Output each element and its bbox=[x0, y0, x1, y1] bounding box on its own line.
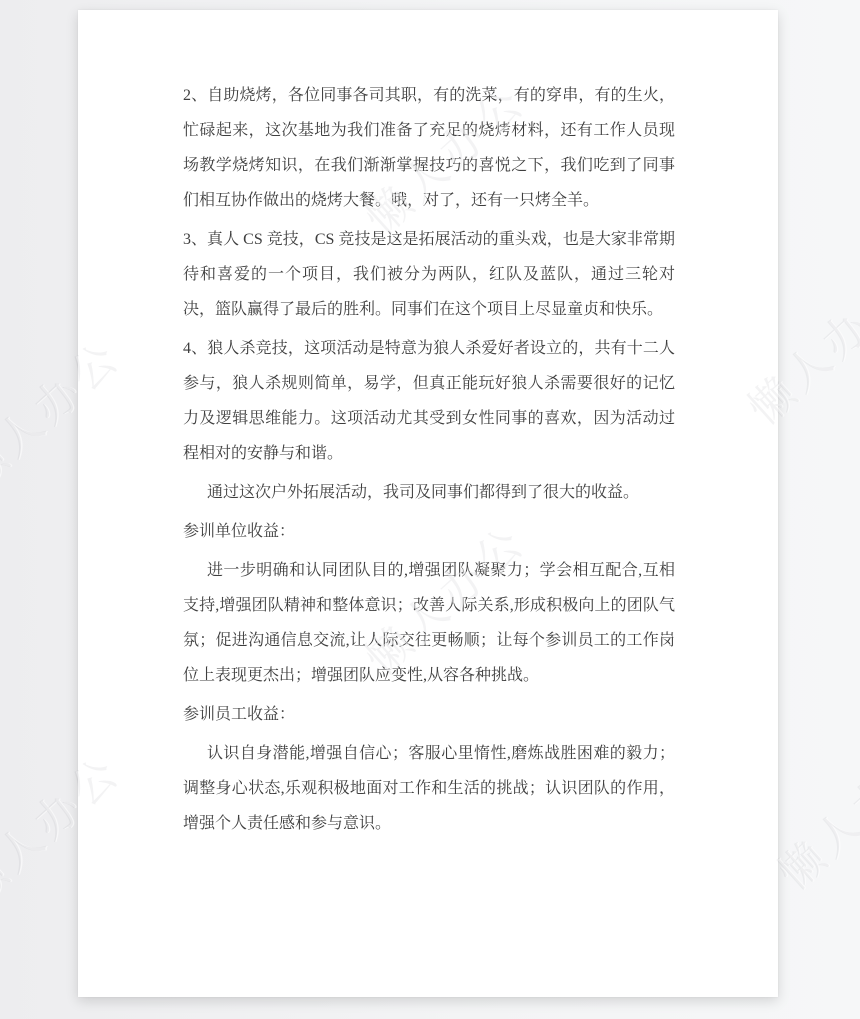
heading-employee-benefits: 参训员工收益： bbox=[183, 697, 675, 732]
paragraph-summary: 通过这次户外拓展活动，我司及同事们都得到了很大的收益。 bbox=[183, 475, 675, 510]
paragraph-company-benefits: 进一步明确和认同团队目的,增强团队凝聚力；学会相互配合,互相支持,增强团队精神和… bbox=[183, 553, 675, 693]
paragraph-barbecue: 2、自助烧烤，各位同事各司其职，有的洗菜，有的穿串，有的生火，忙碌起来，这次基地… bbox=[183, 78, 675, 218]
document-content: 2、自助烧烤，各位同事各司其职，有的洗菜，有的穿串，有的生火，忙碌起来，这次基地… bbox=[78, 10, 778, 845]
document-page: 2、自助烧烤，各位同事各司其职，有的洗菜，有的穿串，有的生火，忙碌起来，这次基地… bbox=[78, 10, 778, 997]
heading-company-benefits: 参训单位收益： bbox=[183, 514, 675, 549]
paragraph-werewolf-game: 4、狼人杀竞技，这项活动是特意为狼人杀爱好者设立的，共有十二人参与，狼人杀规则简… bbox=[183, 331, 675, 471]
paragraph-cs-game: 3、真人 CS 竞技，CS 竞技是这是拓展活动的重头戏，也是大家非常期待和喜爱的… bbox=[183, 222, 675, 327]
paragraph-employee-benefits: 认识自身潜能,增强自信心；客服心里惰性,磨炼战胜困难的毅力；调整身心状态,乐观积… bbox=[183, 736, 675, 841]
